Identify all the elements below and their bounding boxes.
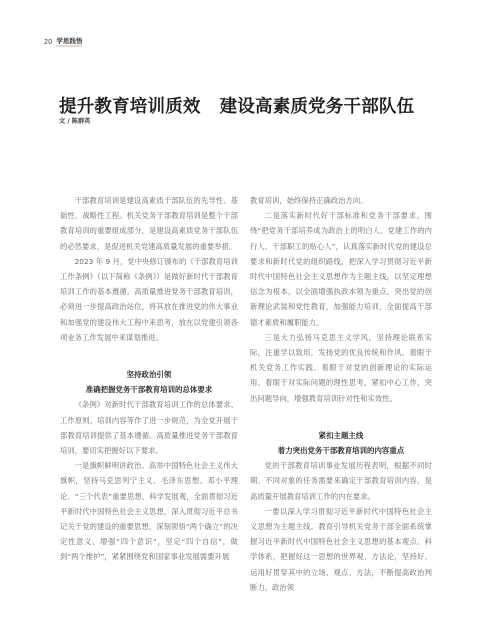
page-number: 20 xyxy=(44,39,52,46)
left-column: 干部教育培训是建设高素质干部队伍的先导性、基础性、战略性工程。机关党务干部教育培… xyxy=(60,193,238,565)
running-head: 20 学思践悟 xyxy=(44,37,82,47)
article-title: 提升教育培训质效建设高素质党务干部队伍 xyxy=(59,93,414,118)
paragraph: 教育培训，始终保持正确政治方向。 xyxy=(250,193,432,208)
right-column: 教育培训，始终保持正确政治方向。 二是落实新时代好干部标准和党务干部要求。围绕“… xyxy=(250,193,432,595)
paragraph: 党的干部教育培训事业发展历程表明，根据不同时期、不同对象的任务需要来确定干部教育… xyxy=(250,458,432,504)
column-name: 学思践悟 xyxy=(56,37,82,47)
section-heading-line2: 着力突出党务干部教育培训的内容重点 xyxy=(250,443,432,458)
paragraph: 二是落实新时代好干部标准和党务干部要求。围绕“把党务干部培养成为政治上的明白人、… xyxy=(250,208,432,330)
section-heading-line1: 紧扣主题主线 xyxy=(250,428,432,443)
section-heading-line1: 坚持政治引领 xyxy=(60,367,238,382)
paragraph: 干部教育培训是建设高素质干部队伍的先导性、基础性、战略性工程。机关党务干部教育培… xyxy=(60,193,238,254)
paragraph: 2023 年 9 月，党中央修订颁布的《干部教育培训工作条例》（以下简称《条例》… xyxy=(60,254,238,345)
paragraph: 一要以深入学习贯彻习近平新时代中国特色社会主义思想为主题主线。教育引导机关党务干… xyxy=(250,504,432,595)
paragraph: 《条例》对新时代干部教育培训工作的总体要求、工作原则、培训内容等作了进一步规范，… xyxy=(60,397,238,458)
paragraph: 一是旗帜鲜明讲政治。高举中国特色社会主义伟大旗帜，坚持马克思列宁主义、毛泽东思想… xyxy=(60,458,238,564)
article-title-part1: 提升教育培训质效 xyxy=(59,97,201,117)
section-heading-line2: 准确把握党务干部教育培训的总体要求 xyxy=(60,382,238,397)
paragraph: 三是大力弘扬马克思主义学风，坚持理论联系实际，注重学以致用，发扬党的优良传统和作… xyxy=(250,330,432,406)
byline: 文 / 陈群英 xyxy=(59,116,90,125)
article-title-part2: 建设高素质党务干部队伍 xyxy=(220,97,415,117)
